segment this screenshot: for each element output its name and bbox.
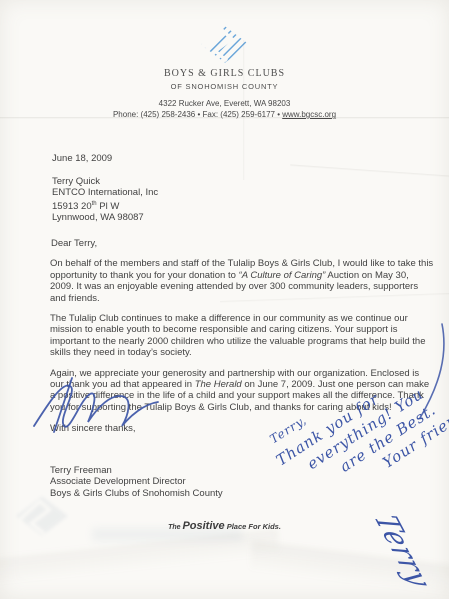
org-contact-line: Phone: (425) 258-2436 • Fax: (425) 259-6… <box>0 110 449 119</box>
salutation: Dear Terry, <box>51 238 449 249</box>
phone-fax-text: Phone: (425) 258-2436 • Fax: (425) 259-6… <box>113 110 282 119</box>
boys-girls-clubs-logo-icon <box>201 26 249 63</box>
ink-flourish <box>414 322 448 422</box>
org-address: 4322 Rucker Ave, Everett, WA 98203 <box>0 99 449 108</box>
website-text: www.bgcsc.org <box>282 110 336 119</box>
letterhead: BOYS & GIRLS CLUBS OF SNOHOMISH COUNTY 4… <box>0 0 449 119</box>
paragraph-2: The Tulalip Club continues to make a dif… <box>50 313 434 359</box>
paper-crease <box>290 164 449 177</box>
letter-date: June 18, 2009 <box>52 153 449 164</box>
recipient-block: Terry Quick ENTCO International, Inc 159… <box>52 177 449 223</box>
org-subtitle: OF SNOHOMISH COUNTY <box>0 82 449 91</box>
scanned-letter-page: BOYS & GIRLS CLUBS OF SNOHOMISH COUNTY 4… <box>0 0 449 599</box>
paper-crease <box>0 529 281 586</box>
footer-tagline: The Positive Place For Kids. <box>0 516 449 534</box>
recipient-city: Lynnwood, WA 98087 <box>52 213 449 224</box>
signer-org: Boys & Girls Clubs of Snohomish County <box>50 488 449 499</box>
recipient-street: 15913 20th Pl W <box>52 199 449 213</box>
org-name: BOYS & GIRLS CLUBS <box>0 68 449 79</box>
paragraph-1: On behalf of the members and staff of th… <box>50 258 434 304</box>
recipient-company: ENTCO International, Inc <box>52 188 449 199</box>
signer-title: Associate Development Director <box>50 476 449 487</box>
handwritten-signature-scribble <box>28 374 193 436</box>
